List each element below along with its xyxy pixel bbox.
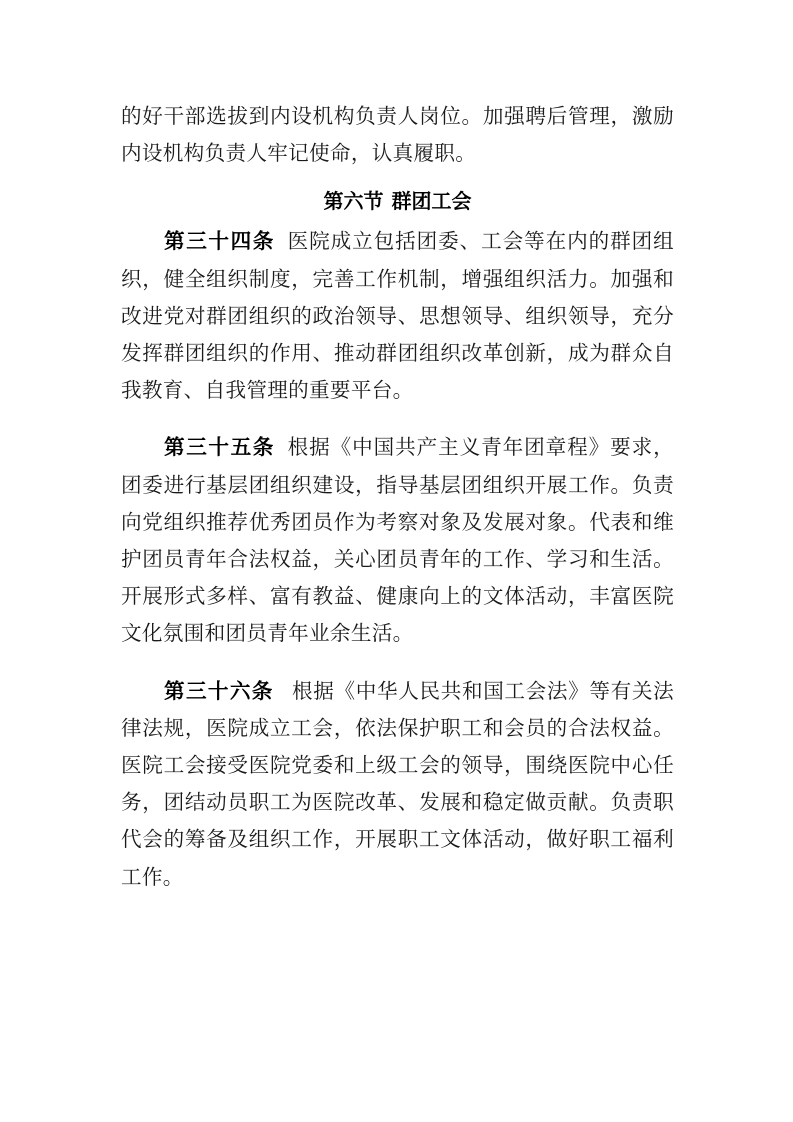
- continuation-paragraph: 的好干部选拔到内设机构负责人岗位。加强聘后管理，激励内设机构负责人牢记使命，认真…: [121, 98, 674, 172]
- article-35: 第三十五条根据《中国共产主义青年团章程》要求，团委进行基层团组织建设，指导基层团…: [121, 429, 674, 652]
- article-34: 第三十四条医院成立包括团委、工会等在内的群团组织，健全组织制度，完善工作机制，增…: [121, 223, 674, 409]
- section-number: 第六节: [324, 189, 384, 213]
- article-text: 根据《中国共产主义青年团章程》要求，团委进行基层团组织建设，指导基层团组织开展工…: [121, 435, 674, 645]
- article-label: 第三十五条: [164, 435, 275, 459]
- section-heading: 第六节群团工会: [121, 179, 674, 223]
- article-text: 根据《中华人民共和国工会法》等有关法律法规，医院成立工会，依法保护职工和会员的合…: [121, 679, 674, 889]
- article-label: 第三十六条: [164, 679, 274, 703]
- section-title: 群团工会: [392, 189, 472, 213]
- article-label: 第三十四条: [164, 229, 275, 253]
- article-36: 第三十六条根据《中华人民共和国工会法》等有关法律法规，医院成立工会，依法保护职工…: [121, 673, 674, 896]
- article-text: 医院成立包括团委、工会等在内的群团组织，健全组织制度，完善工作机制，增强组织活力…: [121, 229, 674, 402]
- document-page: 的好干部选拔到内设机构负责人岗位。加强聘后管理，激励内设机构负责人牢记使命，认真…: [121, 98, 674, 896]
